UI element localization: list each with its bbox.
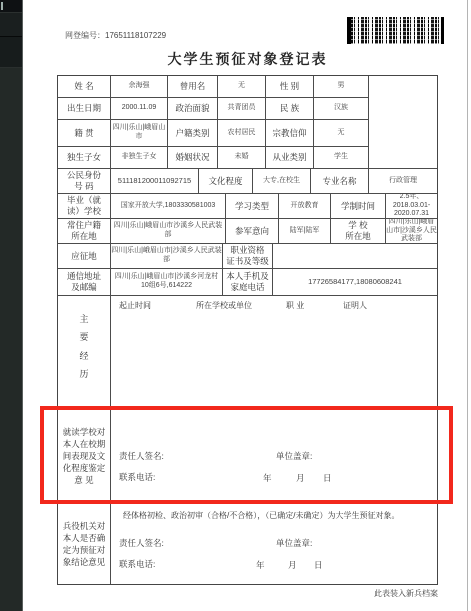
table-row: 通信地址 及邮编 四川|乐山|峨眉山市|沙溪乡河龙村10组6号,614222 本… [58,269,437,296]
experience-label-char: 历 [79,369,88,380]
military-opinion-row: 兵役机关对 本人是否确 定为预征对 象结论意见 经体格初检、政治初审（合格/不合… [58,504,437,584]
field-value-major: 行政管理 [369,169,437,193]
field-value-education-level: 大专,在校生 [253,169,311,193]
app-sidebar-edge [0,0,23,611]
year-label: 年 [256,560,265,571]
field-value-schooling-period: 2.5年、2018.03.01-2020.07.31 [386,194,437,218]
table-row: 应征地 四川|乐山|峨眉山市|沙溪乡人民武装部 职业资格 证书及等级 [58,244,437,269]
experience-table-area: 起止时间 所在学校或单位 职 业 证明人 [111,296,437,408]
experience-header-occupation: 职 业 [286,301,304,311]
field-label-education-level: 文化程度 [199,169,253,193]
field-label-political-status: 政治面貌 [168,98,218,119]
field-label-enlist-place: 应征地 [58,244,111,268]
field-label-name: 姓 名 [58,76,111,97]
field-value-marital-status: 未婚 [218,147,266,168]
field-label-school: 毕业（就 读）学校 [58,194,111,218]
field-value-gender: 男 [314,76,369,97]
experience-section-row: 主 要 经 历 起止时间 所在学校或单位 职 业 证明人 [58,296,437,409]
field-value-native-place: 四川|乐山|峨眉山市 [111,120,168,146]
field-value-only-child: 非独生子女 [111,147,168,168]
page-edge-line [467,0,468,611]
field-value-residence: 四川|乐山|峨眉山市沙溪乡人民武装部 [111,219,226,243]
field-label-occupation-type: 从业类别 [266,147,314,168]
photo-placeholder [369,76,437,169]
field-value-enlist-place: 四川|乐山|峨眉山市|沙溪乡人民武装部 [111,244,223,268]
field-value-former-name: 无 [218,76,266,97]
field-label-major: 专业名称 [311,169,369,193]
experience-section-label: 主 要 经 历 [58,296,111,408]
field-value-name: 余海强 [111,76,168,97]
field-value-id-number: 511181200011092715 [111,169,199,193]
table-row: 出生日期 2000.11.09 政治面貌 共青团员 民 族 汉族 [58,98,369,120]
field-value-religion: 无 [314,120,369,146]
registration-form-table: 姓 名 余海强 曾用名 无 性 别 男 出生日期 2000.11.09 政治面貌… [57,75,438,585]
field-label-id-number: 公民身份 号 码 [58,169,111,193]
field-label-household-type: 户籍类别 [168,120,218,146]
field-value-enlist-intention: 陆军|陆军 [279,219,331,243]
footer-note: 此表装入新兵档案 [57,588,438,599]
experience-label-char: 要 [79,332,88,343]
field-value-school: 国家开放大学,1803330581003 [111,194,226,218]
registration-number: 网登编号：17651118107229 [65,30,166,41]
field-label-only-child: 独生子女 [58,147,111,168]
sidebar-panel-row [0,13,22,37]
military-opinion-statement: 经体格初检、政治初审（合格/不合格），（已确定/未确定）为大学生预征对象。 [123,511,399,521]
registration-number-value: 17651118107229 [105,31,166,40]
field-label-schooling-period: 学制时间 [331,194,386,218]
field-label-marital-status: 婚姻状况 [168,147,218,168]
military-opinion-area: 经体格初检、政治初审（合格/不合格），（已确定/未确定）为大学生预征对象。 责任… [111,504,437,584]
experience-header-school: 所在学校或单位 [196,301,252,311]
military-opinion-label: 兵役机关对 本人是否确 定为预征对 象结论意见 [58,504,111,584]
day-label: 日 [314,560,323,571]
sidebar-glyph [1,2,3,10]
field-value-ethnicity: 汉族 [314,98,369,119]
field-value-political-status: 共青团员 [218,98,266,119]
field-value-school-location: 四川|乐山|峨眉山市|沙溪乡人民武装部 [386,219,437,243]
month-label: 月 [288,560,297,571]
signer-label: 责任人签名: [119,538,164,549]
registration-number-label: 网登编号： [65,31,105,40]
field-label-former-name: 曾用名 [168,76,218,97]
field-label-residence: 常住户籍 所在地 [58,219,111,243]
seal-label: 单位盖章: [276,538,312,549]
barcode [347,17,444,44]
field-label-birth-date: 出生日期 [58,98,111,119]
sidebar-panel-row [0,37,22,68]
field-label-vocational-cert: 职业资格 证书及等级 [223,244,273,268]
field-value-phones: 17726584177,18080608241 [273,269,437,295]
field-value-mailing-address: 四川|乐山|峨眉山市|沙溪乡河龙村10组6号,614222 [111,269,223,295]
experience-header-period: 起止时间 [119,301,151,311]
experience-label-char: 经 [79,351,88,362]
field-label-ethnicity: 民 族 [266,98,314,119]
document-page: 网登编号：17651118107229 大学生预征对象登记表 姓 名 余海强 曾… [0,0,471,611]
field-label-enlist-intention: 参军意向 [226,219,279,243]
phone-label: 联系电话: [119,559,155,570]
table-row: 籍 贯 四川|乐山|峨眉山市 户籍类别 农村居民 宗教信仰 无 [58,120,369,147]
highlight-box [40,406,453,504]
field-label-phones: 本人手机及 家庭电话 [223,269,273,295]
field-value-occupation-type: 学生 [314,147,369,168]
field-label-native-place: 籍 贯 [58,120,111,146]
field-label-religion: 宗教信仰 [266,120,314,146]
table-row: 姓 名 余海强 曾用名 无 性 别 男 [58,76,369,98]
field-label-study-type: 学习类型 [226,194,279,218]
field-label-school-location: 学 校 所在地 [331,219,386,243]
field-value-vocational-cert [273,244,437,268]
field-label-mailing-address: 通信地址 及邮编 [58,269,111,295]
table-row: 常住户籍 所在地 四川|乐山|峨眉山市沙溪乡人民武装部 参军意向 陆军|陆军 学… [58,219,437,244]
table-row: 公民身份 号 码 511181200011092715 文化程度 大专,在校生 … [58,169,437,194]
page-title: 大学生预征对象登记表 [57,49,438,69]
table-row: 独生子女 非独生子女 婚姻状况 未婚 从业类别 学生 [58,147,369,169]
experience-header-reference: 证明人 [343,301,367,311]
table-row: 毕业（就 读）学校 国家开放大学,1803330581003 学习类型 开放教育… [58,194,437,219]
experience-label-char: 主 [79,314,88,325]
sidebar-panel-row [0,0,22,13]
field-value-household-type: 农村居民 [218,120,266,146]
field-label-gender: 性 别 [266,76,314,97]
field-value-study-type: 开放教育 [279,194,331,218]
field-value-birth-date: 2000.11.09 [111,98,168,119]
